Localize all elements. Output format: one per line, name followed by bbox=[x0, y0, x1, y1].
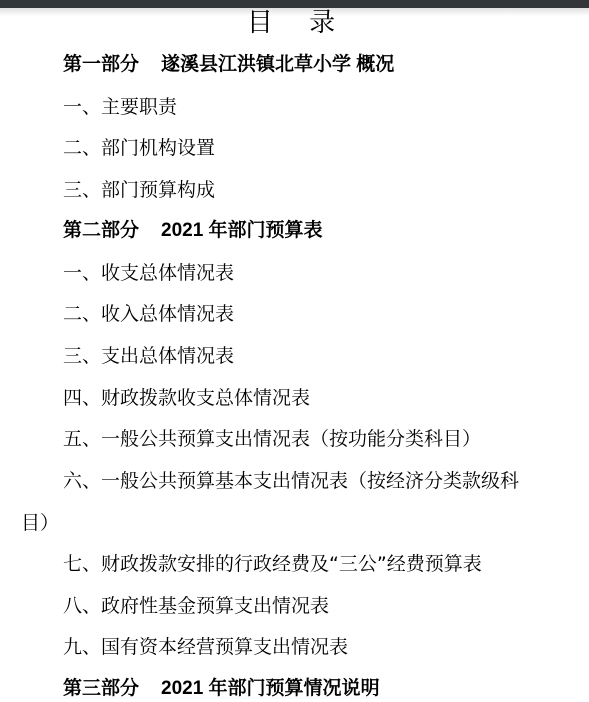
toc-item[interactable]: 四、财政拨款收支总体情况表 bbox=[63, 386, 310, 410]
toc-part-3[interactable]: 第三部分2021 年部门预算情况说明 bbox=[63, 677, 380, 701]
toc-item[interactable]: 八、政府性基金预算支出情况表 bbox=[63, 594, 329, 618]
toc-item[interactable]: 一、收支总体情况表 bbox=[63, 261, 234, 285]
toc-item[interactable]: 七、财政拨款安排的行政经费及“三公”经费预算表 bbox=[63, 552, 482, 576]
toc-title: 目 录 bbox=[0, 8, 589, 38]
part-label: 第三部分 bbox=[63, 678, 139, 699]
toc-item-continuation[interactable]: 目） bbox=[21, 511, 59, 535]
toc-item[interactable]: 三、支出总体情况表 bbox=[63, 344, 234, 368]
toc-part-2[interactable]: 第二部分2021 年部门预算表 bbox=[63, 219, 323, 243]
toc-item[interactable]: 二、收入总体情况表 bbox=[63, 302, 234, 326]
toc-part-1[interactable]: 第一部分遂溪县江洪镇北草小学 概况 bbox=[63, 53, 394, 77]
part-title: 2021 年部门预算情况说明 bbox=[161, 678, 380, 699]
toc-item[interactable]: 六、一般公共预算基本支出情况表（按经济分类款级科 bbox=[63, 469, 519, 493]
toc-item[interactable]: 九、国有资本经营预算支出情况表 bbox=[63, 635, 348, 659]
toc-item[interactable]: 三、部门预算构成 bbox=[63, 178, 215, 202]
toc-item[interactable]: 一、主要职责 bbox=[63, 95, 177, 119]
part-title: 2021 年部门预算表 bbox=[161, 220, 323, 241]
document-page: 目 录 第一部分遂溪县江洪镇北草小学 概况 一、主要职责 二、部门机构设置 三、… bbox=[0, 8, 589, 702]
viewer-toolbar bbox=[0, 0, 589, 8]
toc-item[interactable]: 五、一般公共预算支出情况表（按功能分类科目） bbox=[63, 427, 481, 451]
part-title: 遂溪县江洪镇北草小学 概况 bbox=[161, 54, 394, 75]
toc-item[interactable]: 二、部门机构设置 bbox=[63, 136, 215, 160]
part-label: 第一部分 bbox=[63, 54, 139, 75]
part-label: 第二部分 bbox=[63, 220, 139, 241]
